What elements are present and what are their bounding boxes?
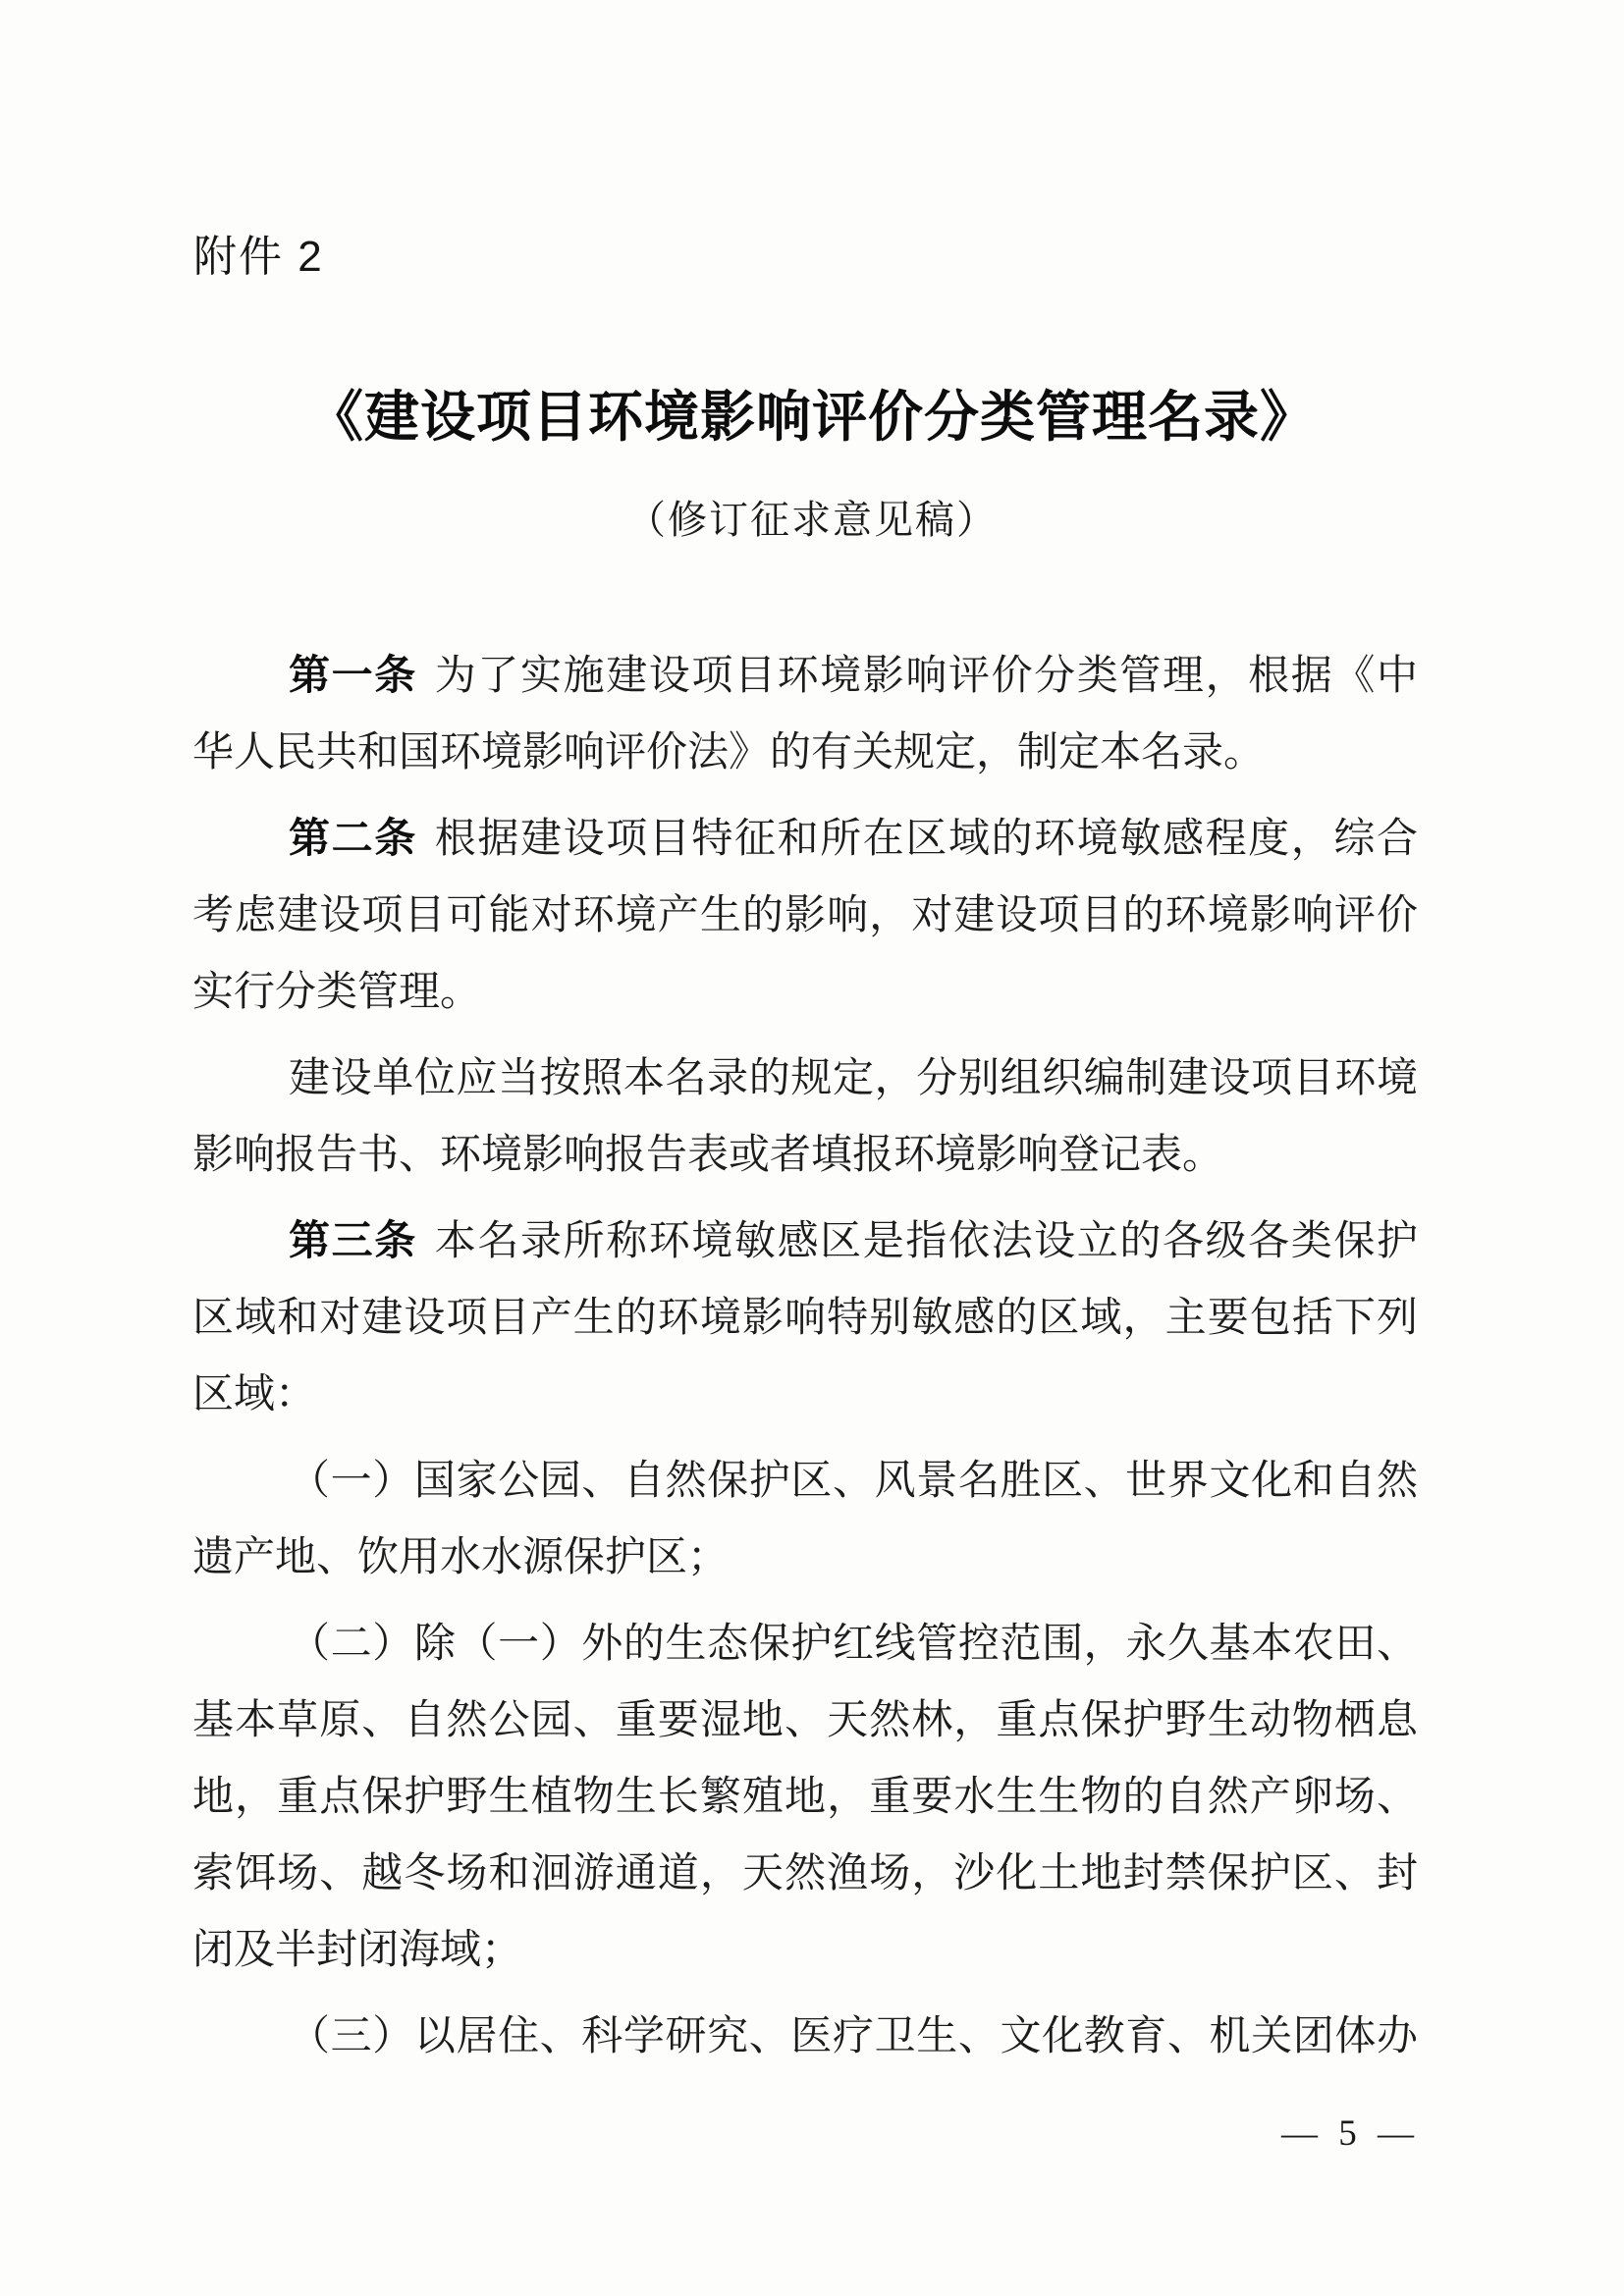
paragraph-item-2: （二）除（一）外的生态保护红线管控范围，永久基本农田、基本草原、自然公园、重要湿… bbox=[192, 1605, 1418, 1989]
paragraph-text: （三）以居住、科学研究、医疗卫生、文化教育、机关团体办 bbox=[289, 2014, 1418, 2059]
attachment-label: 附件 2 bbox=[193, 234, 324, 281]
paragraph-item-1: （一）国家公园、自然保护区、风景名胜区、世界文化和自然遗产地、饮用水水源保护区； bbox=[192, 1442, 1418, 1596]
paragraph-article-2-continued: 建设单位应当按照本名录的规定，分别组织编制建设项目环境影响报告书、环境影响报告表… bbox=[192, 1040, 1418, 1194]
paragraph-text: （一）国家公园、自然保护区、风景名胜区、世界文化和自然遗产地、饮用水水源保护区； bbox=[192, 1459, 1418, 1580]
document-title: 《建设项目环境影响评价分类管理名录》 bbox=[0, 387, 1624, 450]
page-number: — 5 — bbox=[1281, 2112, 1420, 2156]
document-subtitle: （修订征求意见稿） bbox=[0, 495, 1624, 546]
article-number: 第一条 bbox=[289, 652, 417, 698]
article-number: 第三条 bbox=[289, 1217, 417, 1263]
document-body: 第一条为了实施建设项目环境影响评价分类管理，根据《中华人民共和国环境影响评价法》… bbox=[192, 637, 1418, 2084]
paragraph-text: （二）除（一）外的生态保护红线管控范围，永久基本农田、基本草原、自然公园、重要湿… bbox=[192, 1622, 1418, 1973]
document-page: 附件 2 《建设项目环境影响评价分类管理名录》 （修订征求意见稿） 第一条为了实… bbox=[0, 0, 1624, 2296]
paragraph-item-3: （三）以居住、科学研究、医疗卫生、文化教育、机关团体办 bbox=[192, 1998, 1418, 2075]
paragraph-article-1: 第一条为了实施建设项目环境影响评价分类管理，根据《中华人民共和国环境影响评价法》… bbox=[192, 637, 1418, 791]
paragraph-article-3: 第三条本名录所称环境敏感区是指依法设立的各级各类保护区域和对建设项目产生的环境影… bbox=[192, 1202, 1418, 1433]
paragraph-text: 建设单位应当按照本名录的规定，分别组织编制建设项目环境影响报告书、环境影响报告表… bbox=[192, 1056, 1418, 1178]
article-number: 第二条 bbox=[289, 815, 417, 861]
paragraph-article-2: 第二条根据建设项目特征和所在区域的环境敏感程度，综合考虑建设项目可能对环境产生的… bbox=[192, 800, 1418, 1031]
